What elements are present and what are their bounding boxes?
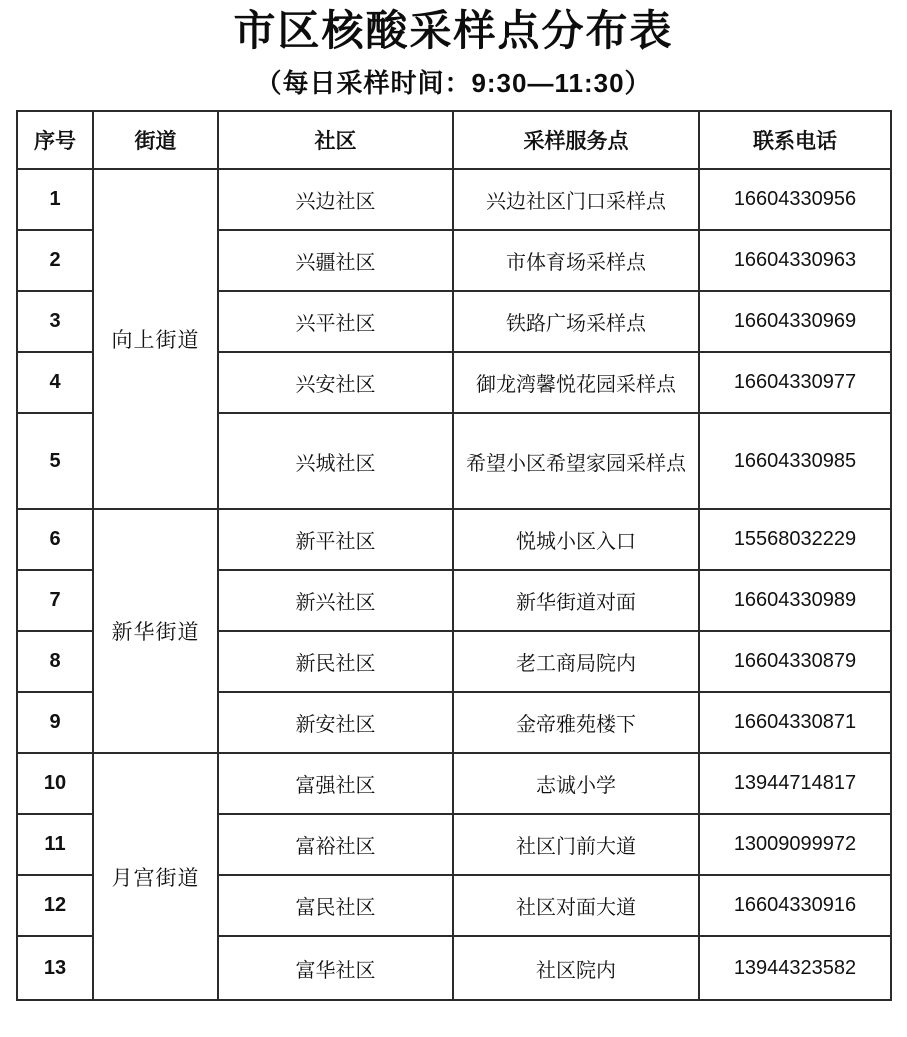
cell-point: 老工商局院内	[453, 631, 699, 692]
cell-community: 兴平社区	[218, 291, 453, 352]
table-row: 1 向上街道 兴边社区 兴边社区门口采样点 16604330956	[17, 169, 891, 230]
cell-seq: 8	[17, 631, 93, 692]
cell-point: 社区对面大道	[453, 875, 699, 936]
cell-community: 兴城社区	[218, 413, 453, 509]
cell-community: 兴边社区	[218, 169, 453, 230]
cell-street-group-3: 月宫街道	[93, 753, 218, 1000]
cell-phone: 13944714817	[699, 753, 891, 814]
cell-community: 富华社区	[218, 936, 453, 1000]
cell-phone: 16604330963	[699, 230, 891, 291]
cell-seq: 5	[17, 413, 93, 509]
cell-street-group-2: 新华街道	[93, 509, 218, 753]
cell-point: 新华街道对面	[453, 570, 699, 631]
cell-community: 兴疆社区	[218, 230, 453, 291]
sampling-points-table: 序号 街道 社区 采样服务点 联系电话 1 向上街道 兴边社区 兴边社区门口采样…	[16, 110, 892, 1001]
cell-phone: 15568032229	[699, 509, 891, 570]
header-point: 采样服务点	[453, 111, 699, 169]
cell-community: 富民社区	[218, 875, 453, 936]
cell-phone: 16604330871	[699, 692, 891, 753]
cell-phone: 16604330916	[699, 875, 891, 936]
document-page: 市区核酸采样点分布表 （每日采样时间：9:30—11:30） 序号 街道 社区 …	[0, 0, 907, 1037]
header-community: 社区	[218, 111, 453, 169]
cell-street-group-1: 向上街道	[93, 169, 218, 509]
page-subtitle: （每日采样时间：9:30—11:30）	[0, 63, 907, 100]
cell-seq: 2	[17, 230, 93, 291]
header-phone: 联系电话	[699, 111, 891, 169]
cell-seq: 11	[17, 814, 93, 875]
table-row: 10 月宫街道 富强社区 志诚小学 13944714817	[17, 753, 891, 814]
cell-community: 富强社区	[218, 753, 453, 814]
cell-community: 新平社区	[218, 509, 453, 570]
table-header-row: 序号 街道 社区 采样服务点 联系电话	[17, 111, 891, 169]
cell-seq: 4	[17, 352, 93, 413]
cell-point: 悦城小区入口	[453, 509, 699, 570]
cell-phone: 16604330879	[699, 631, 891, 692]
cell-community: 新安社区	[218, 692, 453, 753]
cell-point: 兴边社区门口采样点	[453, 169, 699, 230]
cell-community: 富裕社区	[218, 814, 453, 875]
cell-point: 市体育场采样点	[453, 230, 699, 291]
cell-point: 金帝雅苑楼下	[453, 692, 699, 753]
cell-community: 新兴社区	[218, 570, 453, 631]
cell-seq: 10	[17, 753, 93, 814]
cell-seq: 13	[17, 936, 93, 1000]
cell-seq: 12	[17, 875, 93, 936]
header-street: 街道	[93, 111, 218, 169]
table-row: 6 新华街道 新平社区 悦城小区入口 15568032229	[17, 509, 891, 570]
page-title: 市区核酸采样点分布表	[0, 0, 907, 54]
cell-seq: 7	[17, 570, 93, 631]
cell-seq: 6	[17, 509, 93, 570]
cell-community: 兴安社区	[218, 352, 453, 413]
cell-community: 新民社区	[218, 631, 453, 692]
cell-point: 希望小区希望家园采样点	[453, 413, 699, 509]
cell-phone: 16604330977	[699, 352, 891, 413]
cell-seq: 3	[17, 291, 93, 352]
cell-seq: 1	[17, 169, 93, 230]
cell-phone: 16604330969	[699, 291, 891, 352]
cell-point: 御龙湾馨悦花园采样点	[453, 352, 699, 413]
cell-point: 志诚小学	[453, 753, 699, 814]
header-seq: 序号	[17, 111, 93, 169]
cell-phone: 13009099972	[699, 814, 891, 875]
cell-phone: 16604330985	[699, 413, 891, 509]
cell-point: 社区门前大道	[453, 814, 699, 875]
cell-phone: 13944323582	[699, 936, 891, 1000]
cell-point: 社区院内	[453, 936, 699, 1000]
cell-phone: 16604330956	[699, 169, 891, 230]
cell-phone: 16604330989	[699, 570, 891, 631]
cell-seq: 9	[17, 692, 93, 753]
cell-point: 铁路广场采样点	[453, 291, 699, 352]
